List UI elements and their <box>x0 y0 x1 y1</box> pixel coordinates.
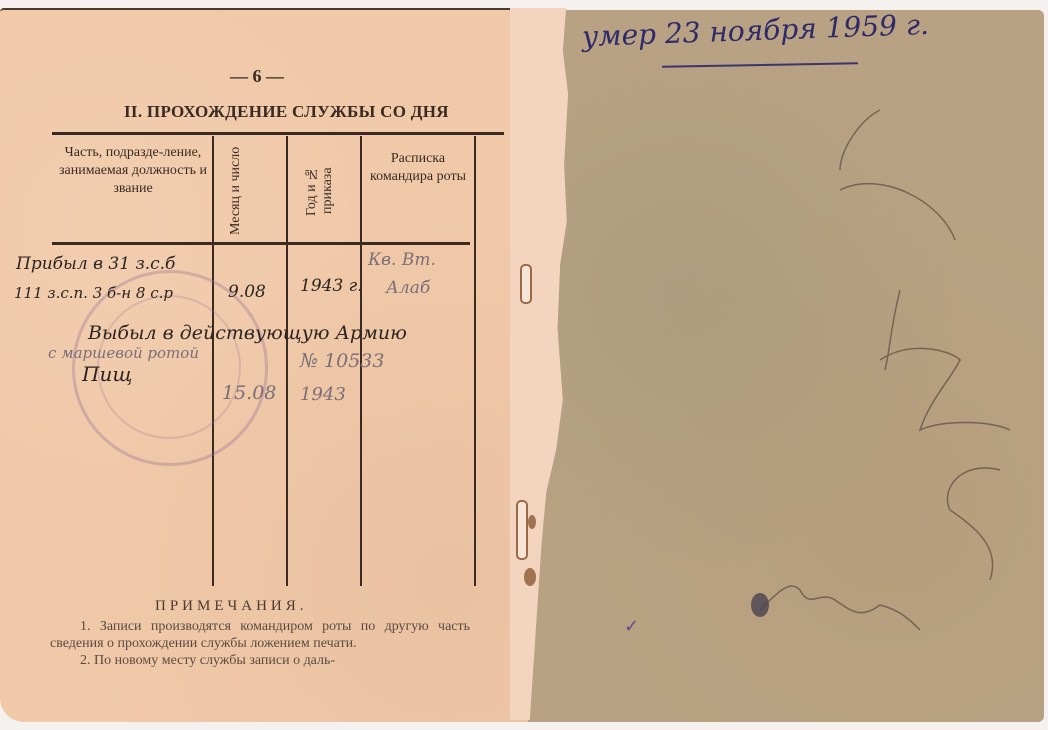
notes-title: ПРИМЕЧАНИЯ. <box>155 598 308 615</box>
note-item-1: 1. Записи производятся командиром роты п… <box>50 618 470 652</box>
staple-top <box>520 264 532 304</box>
rust-spot <box>528 515 536 529</box>
header-year-order: Год и № приказа <box>304 146 344 236</box>
notes-body: 1. Записи производятся командиром роты п… <box>50 618 470 669</box>
table-header-rule <box>52 242 470 245</box>
column-divider <box>474 136 476 586</box>
rust-spot <box>524 568 536 586</box>
header-month-day: Месяц и число <box>228 146 268 236</box>
row1-signature-line1: Кв. Вт. <box>368 250 436 270</box>
row2-date: 15.08 <box>222 382 276 404</box>
page-number: — 6 — <box>230 66 284 87</box>
row2-unit-line1: Выбыл в действующую Армию <box>88 322 407 344</box>
column-divider <box>286 136 288 586</box>
note-item-2: 2. По новому месту службы записи о даль- <box>50 652 470 669</box>
header-commander-signature: Расписка командира роты <box>364 150 472 186</box>
check-mark-icon: ✓ <box>624 616 639 637</box>
row2-unit-line3: Пищ <box>82 362 132 386</box>
row2-unit-line2: с маршевой ротой <box>48 344 199 362</box>
header-unit-position-rank: Часть, подразде-ление, занимаемая должно… <box>56 144 210 198</box>
section-title: II. ПРОХОЖДЕНИЕ СЛУЖБЫ СО ДНЯ <box>124 102 449 122</box>
row1-unit-line2: 111 з.с.п. 3 б-н 8 с.р <box>14 284 173 302</box>
row1-order: 1943 г. <box>300 276 363 296</box>
row2-order-year: 1943 <box>300 384 346 405</box>
row1-signature-line2: Алаб <box>386 278 430 298</box>
pencil-scribble <box>740 90 1040 630</box>
table-top-rule <box>52 132 504 135</box>
staple-bottom <box>516 500 528 560</box>
row1-unit-line1: Прибыл в 31 з.с.б <box>16 254 175 274</box>
row1-date: 9.08 <box>228 282 266 302</box>
row2-order-number: № 10533 <box>300 350 384 372</box>
